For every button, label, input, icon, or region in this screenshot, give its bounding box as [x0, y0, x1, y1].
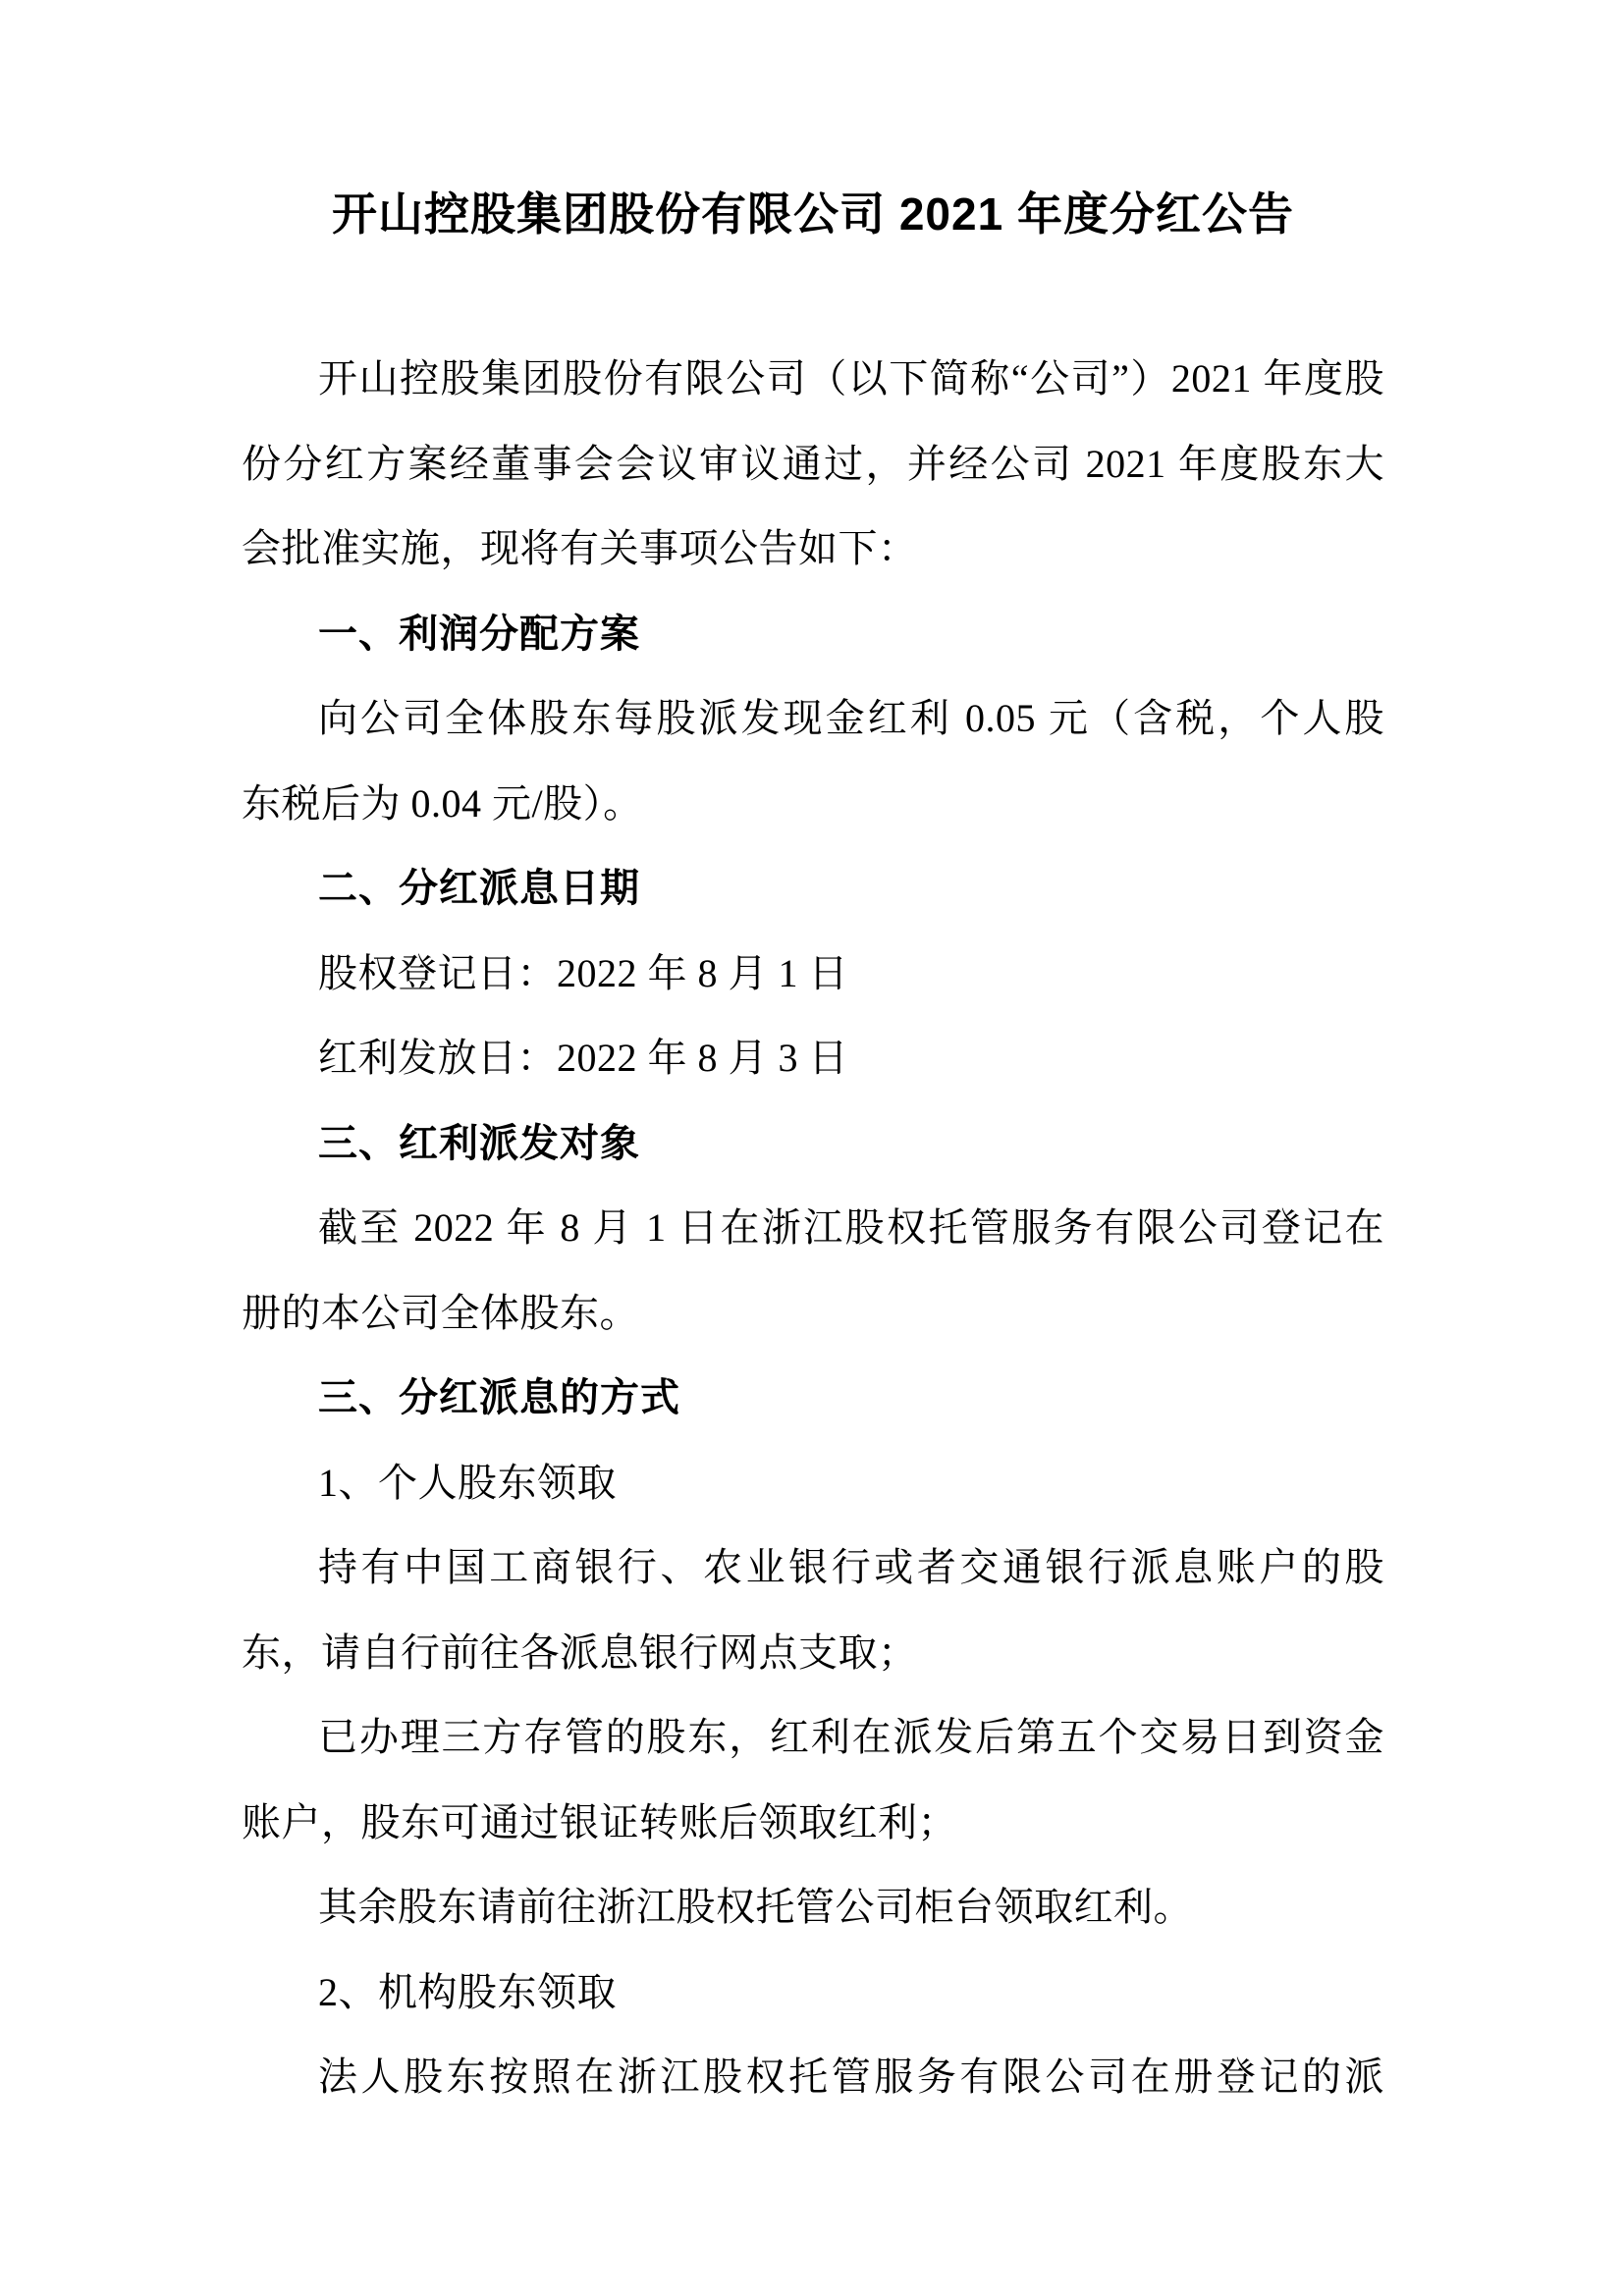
section-heading-profit-distribution: 一、利润分配方案	[242, 611, 1384, 696]
document-content: 开山控股集团股份有限公司 2021 年度分红公告 开山控股集团股份有限公司（以下…	[242, 187, 1384, 2139]
subheading-institutional-shareholders: 2、机构股东领取	[242, 1969, 1384, 2055]
paragraph-custody-line-1: 已办理三方存管的股东，红利在派发后第五个交易日到资金	[242, 1714, 1384, 1799]
paragraph-bank-accounts-line-1: 持有中国工商银行、农业银行或者交通银行派息账户的股	[242, 1544, 1384, 1629]
section-heading-dividend-recipients: 三、红利派发对象	[242, 1120, 1384, 1205]
section-heading-dividend-dates: 二、分红派息日期	[242, 865, 1384, 950]
paragraph-recipients-line-1: 截至 2022 年 8 月 1 日在浙江股权托管服务有限公司登记在	[242, 1204, 1384, 1290]
payment-date-line: 红利发放日：2022 年 8 月 3 日	[242, 1035, 1384, 1120]
paragraph-recipients-line-2: 册的本公司全体股东。	[242, 1290, 1384, 1375]
paragraph-bank-accounts-line-2: 东，请自行前往各派息银行网点支取；	[242, 1629, 1384, 1715]
paragraph-dividend-amount-line-1: 向公司全体股东每股派发现金红利 0.05 元（含税，个人股	[242, 695, 1384, 780]
paragraph-intro-line-1: 开山控股集团股份有限公司（以下简称“公司”）2021 年度股	[242, 355, 1384, 441]
paragraph-intro-line-2: 份分红方案经董事会会议审议通过，并经公司 2021 年度股东大	[242, 441, 1384, 526]
paragraph-legal-person-line-1: 法人股东按照在浙江股权托管服务有限公司在册登记的派	[242, 2054, 1384, 2139]
section-heading-payment-method: 三、分红派息的方式	[242, 1374, 1384, 1460]
document-title: 开山控股集团股份有限公司 2021 年度分红公告	[242, 187, 1384, 241]
paragraph-other-shareholders: 其余股东请前往浙江股权托管公司柜台领取红利。	[242, 1884, 1384, 1969]
subheading-individual-shareholders: 1、个人股东领取	[242, 1460, 1384, 1545]
paragraph-custody-line-2: 账户，股东可通过银证转账后领取红利；	[242, 1799, 1384, 1885]
document-page: 开山控股集团股份有限公司 2021 年度分红公告 开山控股集团股份有限公司（以下…	[0, 0, 1624, 2296]
paragraph-dividend-amount-line-2: 东税后为 0.04 元/股）。	[242, 780, 1384, 866]
paragraph-intro-line-3: 会批准实施，现将有关事项公告如下：	[242, 525, 1384, 611]
record-date-line: 股权登记日：2022 年 8 月 1 日	[242, 950, 1384, 1036]
